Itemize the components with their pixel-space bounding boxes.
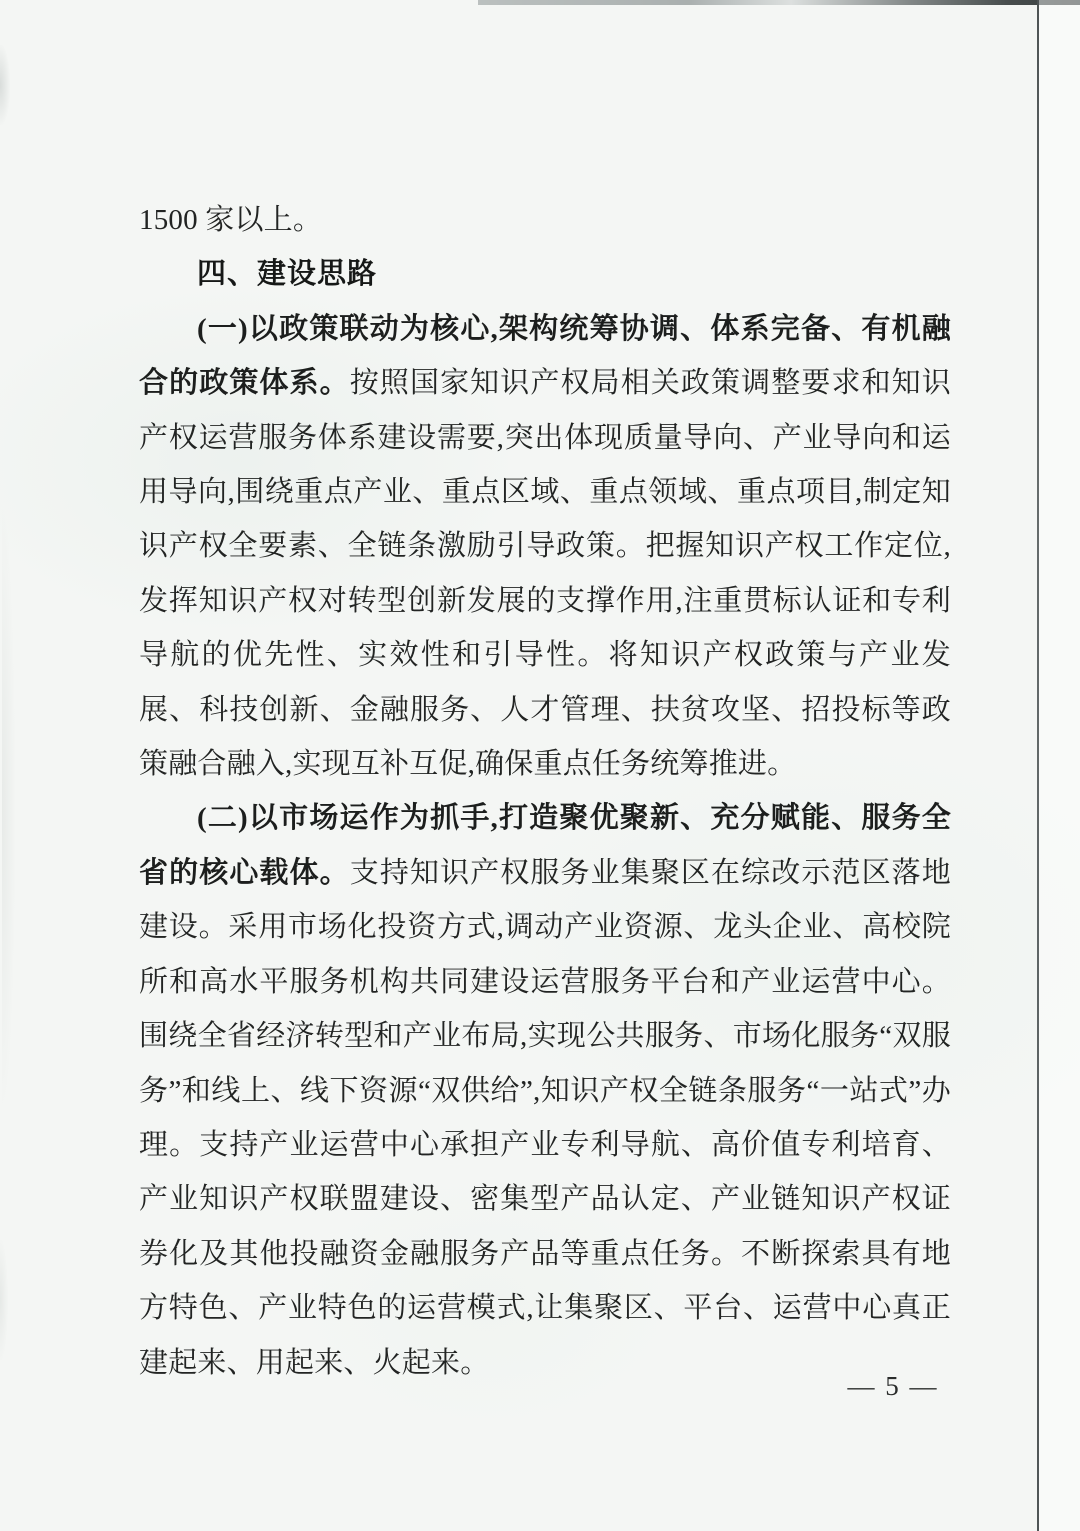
- scan-smudge-top-left: [0, 45, 10, 125]
- paragraph-2-body: 支持知识产权服务业集聚区在综改示范区落地建设。采用市场化投资方式,调动产业资源、…: [139, 857, 951, 1379]
- document-page: 1500 家以上。 四、建设思路 (一)以政策联动为核心,架构统筹协调、体系完备…: [0, 0, 1080, 1531]
- paragraph-policy-linkage: (一)以政策联动为核心,架构统筹协调、体系完备、有机融合的政策体系。按照国家知识…: [139, 302, 951, 792]
- paragraph-1-body: 按照国家知识产权局相关政策调整要求和知识产权运营服务体系建设需要,突出体现质量导…: [139, 367, 951, 780]
- document-text-block: 1500 家以上。 四、建设思路 (一)以政策联动为核心,架构统筹协调、体系完备…: [139, 193, 951, 1390]
- scan-edge-top-band: [478, 0, 1080, 5]
- scan-margin-right-strip: [1039, 0, 1080, 1531]
- paragraph-continuation: 1500 家以上。: [139, 193, 951, 247]
- scan-smudge-bottom-left: [0, 1240, 8, 1360]
- section-heading: 四、建设思路: [139, 247, 951, 301]
- page-number: — 5 —: [828, 1366, 958, 1406]
- paragraph-market-operation: (二)以市场运作为抓手,打造聚优聚新、充分赋能、服务全省的核心载体。支持知识产权…: [139, 791, 951, 1389]
- scan-smudge-left-edge: [2, 500, 16, 1120]
